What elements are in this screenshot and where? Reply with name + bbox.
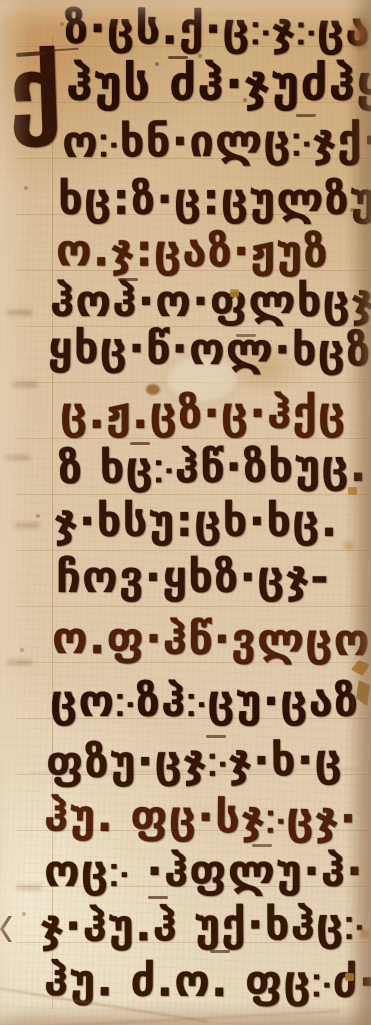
text-line-13: ცო჻ზჰ჻ცუ·ცაზ [50, 678, 359, 726]
crease-line [40, 1010, 340, 1025]
text-line-12: ო.ფ·ჰწ·ვლცო [52, 615, 371, 666]
gold-speck-marks [0, 0, 9, 8]
marginal-initial-letter: ქ [6, 43, 63, 141]
text-line-10: ჯ·ხსუ:ცხ·ხც. [54, 498, 338, 546]
text-line-16: ოც჻ ·ჰფლუ·ჰ· [44, 848, 364, 896]
text-line-14: ფზუ·ცჯ჻ჯ·ხ·ც [46, 737, 343, 788]
text-line-2: ჰუს ძჰ·ჯუძჰყ [66, 58, 371, 111]
text-line-3: ო჻ხნ·ილც჻ჯქ· [62, 117, 371, 167]
text-line-5: ო.ჯ:ცაზ·ჟუზ [56, 227, 329, 277]
text-line-7: ყხც·წ·ოლ·ხცზ [48, 325, 371, 376]
text-line-6: ჰოჰ·ო·ფლხცჯ- [50, 278, 371, 326]
text-line-9: ზ ხც჻ჰწ·ზხუც. [58, 443, 368, 494]
text-line-17: ჯ·ჰუ.ჰ უქ·ხჰც჻ [40, 901, 365, 952]
text-line-11: ჩოვ·ყხზ·ცჯ- [56, 554, 330, 602]
text-line-1: ზ·ცს.ქ·ც჻ჯ჻ცა [64, 5, 371, 56]
text-line-4: ხც:ზ·ც:ცულზუ. [58, 176, 371, 224]
text-line-8: ც.ჟ.ცზ·ც·ჰქც [60, 390, 346, 438]
red-ink-remnant-mark [350, 14, 371, 54]
text-line-18: ჰუ. ძ.ო. ფც჻ძ· [44, 957, 371, 1007]
corner-chevron-mark [0, 916, 12, 942]
manuscript-page: ქ ზ·ცს.ქ·ც჻ჯ჻ცა ჰუს ძჰ·ჯუძჰყ ო჻ხნ·ილც჻ჯქ… [0, 0, 371, 1025]
text-line-15: ჰუ. ფც·სჯ჻ცჯ· [44, 792, 358, 844]
